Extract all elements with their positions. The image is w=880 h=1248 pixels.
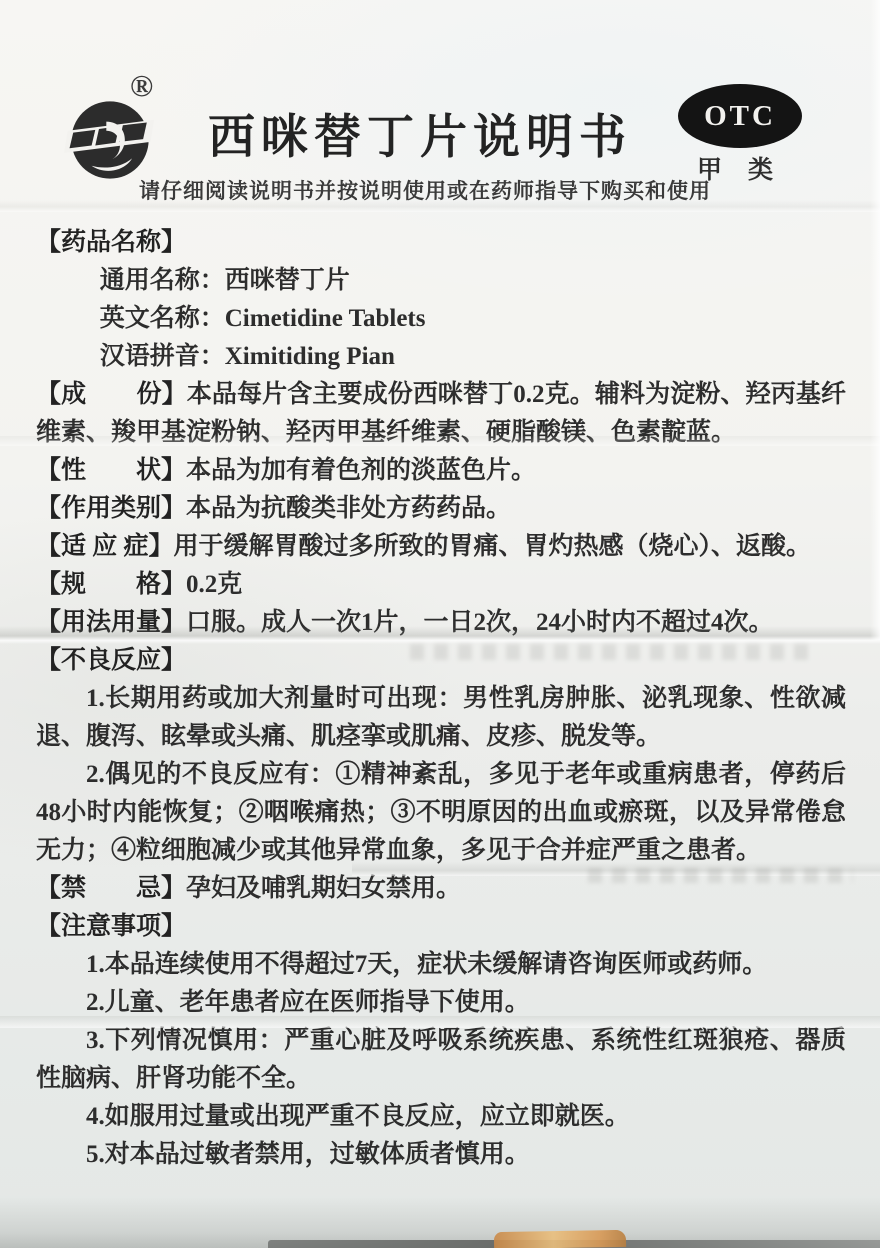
otc-class-label: 甲类 — [678, 150, 804, 186]
background-surface-patch — [494, 1230, 626, 1248]
drug-leaflet-page: ® 西咪替丁片说明书 请仔细阅读说明书并按说明使用或在药师指导下购买和使用 OT… — [0, 0, 880, 1248]
otc-ellipse-icon: OTC — [678, 84, 802, 148]
precaution-item: 2.儿童、老年患者应在医师指导下使用。 — [36, 984, 846, 1022]
precaution-item: 5.对本品过敏者禁用，过敏体质者慎用。 — [36, 1136, 846, 1174]
section-contraindications: 【禁 忌】孕妇及哺乳期妇女禁用。 — [36, 870, 846, 908]
section-ingredients: 【成 份】本品每片含主要成份西咪替丁0.2克。辅料为淀粉、羟丙基纤维素、羧甲基淀… — [36, 376, 846, 452]
section-category: 【作用类别】本品为抗酸类非处方药药品。 — [36, 490, 846, 528]
paper-edge-highlight — [870, 0, 880, 640]
section-adverse-reactions-label: 【不良反应】 — [36, 642, 846, 680]
precaution-item: 3.下列情况慎用：严重心脏及呼吸系统疾患、系统性红斑狼疮、器质性脑病、肝肾功能不… — [36, 1022, 846, 1098]
section-indications: 【适 应 症】用于缓解胃酸过多所致的胃痛、胃灼热感（烧心）、返酸。 — [36, 528, 846, 566]
pinyin-name-line: 汉语拼音：Ximitiding Pian — [36, 338, 846, 376]
registered-trademark-symbol: ® — [130, 68, 153, 104]
leaflet-body: 【药品名称】 通用名称：西咪替丁片 英文名称：Cimetidine Tablet… — [36, 224, 846, 1174]
generic-name-line: 通用名称：西咪替丁片 — [36, 262, 846, 300]
english-name-line: 英文名称：Cimetidine Tablets — [36, 300, 846, 338]
otc-badge-text: OTC — [704, 100, 776, 133]
section-dosage: 【用法用量】口服。成人一次1片，一日2次，24小时内不超过4次。 — [36, 604, 846, 642]
adverse-reaction-item: 2.偶见的不良反应有：①精神紊乱，多见于老年或重病患者，停药后48小时内能恢复；… — [36, 756, 846, 870]
adverse-reaction-item: 1.长期用药或加大剂量时可出现：男性乳房肿胀、泌乳现象、性欲减退、腹泻、眩晕或头… — [36, 680, 846, 756]
precaution-item: 1.本品连续使用不得超过7天，症状未缓解请咨询医师或药师。 — [36, 946, 846, 984]
section-strength: 【规 格】0.2克 — [36, 566, 846, 604]
otc-badge: OTC 甲类 — [678, 84, 804, 186]
paper-bottom-shadow — [0, 1196, 880, 1248]
section-description: 【性 状】本品为加有着色剂的淡蓝色片。 — [36, 452, 846, 490]
section-precautions-label: 【注意事项】 — [36, 908, 846, 946]
section-drug-name-label: 【药品名称】 — [36, 224, 846, 262]
photo-bottom-edge — [268, 1240, 880, 1248]
precaution-item: 4.如服用过量或出现严重不良反应，应立即就医。 — [36, 1098, 846, 1136]
